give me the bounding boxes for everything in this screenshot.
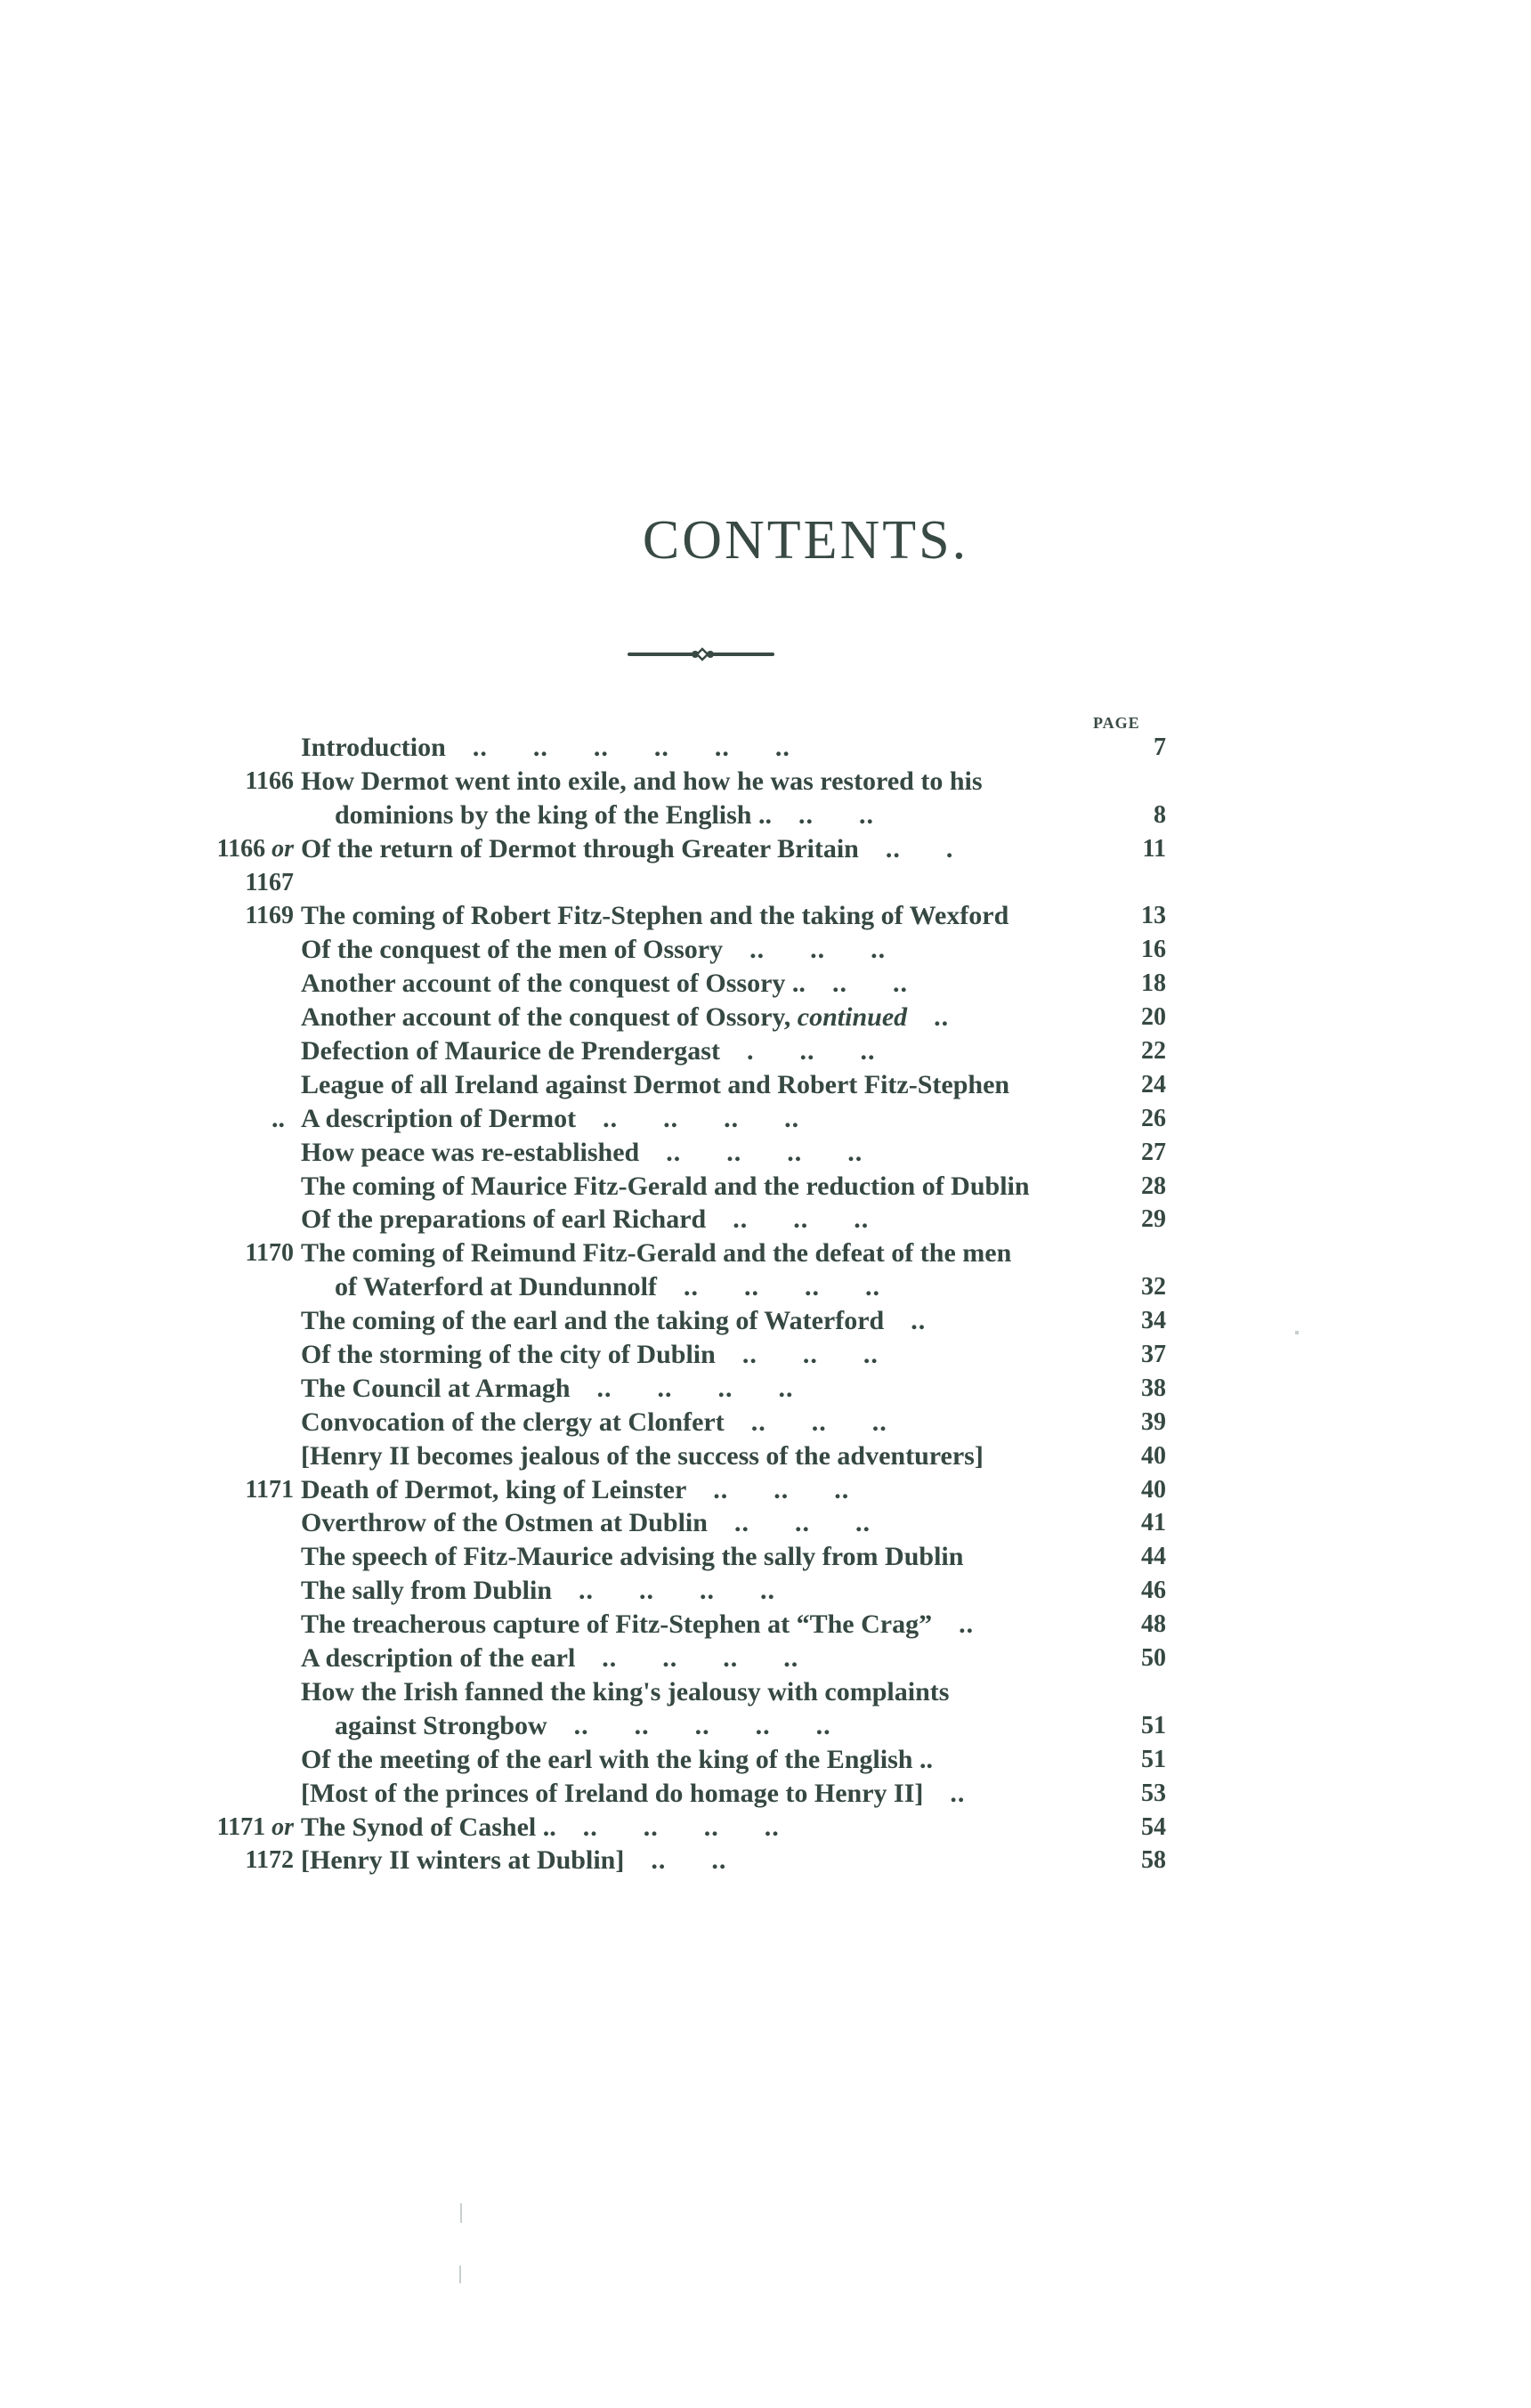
toc-entry: 1170The coming of Reimund Fitz-Gerald an… (160, 1236, 1166, 1270)
toc-entry-title: Of the storming of the city of Dublin ..… (301, 1338, 1191, 1372)
toc-entry: How the Irish fanned the king's jealousy… (160, 1675, 1166, 1709)
toc-entry-title: Introduction .. .. .. .. .. .. (301, 731, 1191, 765)
toc-entry: 1172[Henry II winters at Dublin] .. ..58 (160, 1844, 1166, 1877)
toc-entry: Convocation of the clergy at Clonfert ..… (160, 1406, 1166, 1439)
toc-page-number: 13 (1095, 899, 1166, 933)
toc-entry-title: Death of Dermot, king of Leinster .. .. … (301, 1473, 1191, 1507)
toc-year: 1166 or (160, 832, 294, 866)
toc-entry: 1167 (160, 866, 1166, 900)
dot-leader: .. .. .. .. (603, 1104, 799, 1133)
toc-entry-title: How the Irish fanned the king's jealousy… (301, 1675, 1191, 1709)
toc-entry-text: League of all Ireland against Dermot and… (301, 1070, 1009, 1099)
toc-entry-text: Of the preparations of earl Richard (301, 1204, 706, 1234)
toc-entry-text: of Waterford at Dundunnolf (335, 1272, 657, 1301)
dot-leader: .. (959, 1609, 974, 1639)
toc-entry-title: Overthrow of the Ostmen at Dublin .. .. … (301, 1506, 1191, 1540)
toc-entry: against Strongbow .. .. .. .. ..51 (160, 1709, 1166, 1743)
toc-page-number: 48 (1095, 1608, 1166, 1642)
toc-entry: The Council at Armagh .. .. .. ..38 (160, 1372, 1166, 1406)
toc-entry-title: The coming of Reimund Fitz-Gerald and th… (301, 1236, 1191, 1270)
toc-entry: [Most of the princes of Ireland do homag… (160, 1777, 1166, 1811)
dot-leader: .. .. .. (713, 1475, 849, 1504)
toc-entry-text: A description of Dermot (301, 1104, 576, 1133)
toc-page-number: 22 (1095, 1034, 1166, 1068)
toc-entry: Of the conquest of the men of Ossory .. … (160, 933, 1166, 967)
toc-entry-text: [Henry II becomes jealous of the success… (301, 1441, 984, 1471)
toc-entry-text: The coming of Maurice Fitz-Gerald and th… (301, 1172, 1030, 1201)
toc-year: 1169 (160, 899, 294, 933)
toc-entry-text: The sally from Dublin (301, 1576, 552, 1605)
toc-year: 1170 (160, 1236, 294, 1270)
toc-page-number: 46 (1095, 1574, 1166, 1608)
toc-entry-text: Of the conquest of the men of Ossory (301, 935, 723, 964)
toc-entry: Another account of the conquest of Ossor… (160, 967, 1166, 1001)
toc-page-number: 58 (1095, 1844, 1166, 1877)
toc-entry-title: Another account of the conquest of Ossor… (301, 1001, 1191, 1034)
dot-leader: .. .. .. (734, 1508, 871, 1537)
dot-leader: .. .. .. (749, 935, 886, 964)
toc-page-number: 24 (1095, 1068, 1166, 1102)
toc-page-number: 28 (1095, 1170, 1166, 1204)
toc-entry-text: Death of Dermot, king of Leinster (301, 1475, 686, 1504)
toc-entry: The speech of Fitz-Maurice advising the … (160, 1540, 1166, 1574)
toc-entry-text: The coming of the earl and the taking of… (301, 1306, 884, 1335)
dot-leader: .. (911, 1306, 926, 1335)
toc-entry: Introduction .. .. .. .. .. ..7 (160, 731, 1166, 765)
toc-entry-text: [Most of the princes of Ireland do homag… (301, 1779, 923, 1808)
toc-entry-title: The coming of the earl and the taking of… (301, 1304, 1191, 1338)
toc-page-number: 37 (1095, 1338, 1166, 1372)
toc-page-number: 18 (1095, 967, 1166, 1001)
toc-entry-title: Convocation of the clergy at Clonfert ..… (301, 1406, 1191, 1439)
toc-entry-text: The treacherous capture of Fitz-Stephen … (301, 1609, 932, 1639)
toc-entry-title: [Henry II becomes jealous of the success… (301, 1439, 1191, 1473)
toc-entry-title: Of the return of Dermot through Greater … (301, 832, 1191, 866)
toc-entry-text: Convocation of the clergy at Clonfert (301, 1407, 725, 1437)
toc-page-number: 34 (1095, 1304, 1166, 1338)
toc-year: 1172 (160, 1844, 294, 1877)
scan-mark (460, 2203, 462, 2223)
toc-entry-title: League of all Ireland against Dermot and… (301, 1068, 1191, 1102)
toc-year: 1167 (160, 866, 294, 900)
toc-page-number: 27 (1095, 1136, 1166, 1170)
toc-year-value: 1171 (217, 1813, 265, 1841)
toc-page-number: 26 (1095, 1102, 1166, 1136)
toc-entry-title: [Most of the princes of Ireland do homag… (301, 1777, 1191, 1811)
toc-entry-text: How the Irish fanned the king's jealousy… (301, 1677, 949, 1707)
toc-page-number: 40 (1095, 1473, 1166, 1507)
toc-entry: Defection of Maurice de Prendergast . ..… (160, 1034, 1166, 1068)
dot-leader: .. .. .. (733, 1204, 869, 1234)
dot-leader: . .. .. (747, 1036, 876, 1066)
toc-entry-text: The Synod of Cashel .. (301, 1812, 556, 1842)
toc-entry-title: Of the conquest of the men of Ossory .. … (301, 933, 1191, 967)
toc-entry-text: Defection of Maurice de Prendergast (301, 1036, 720, 1066)
toc-page-number: 40 (1095, 1439, 1166, 1473)
toc-entry-title: The coming of Robert Fitz-Stephen and th… (301, 899, 1191, 933)
toc-entry-text: Another account of the conquest of Ossor… (301, 969, 806, 998)
toc-entry: Another account of the conquest of Ossor… (160, 1001, 1166, 1034)
toc-entry-title: How Dermot went into exile, and how he w… (301, 765, 1191, 799)
toc-entry-title: Of the preparations of earl Richard .. .… (301, 1203, 1191, 1236)
toc-entry-text: How Dermot went into exile, and how he w… (301, 766, 983, 796)
toc-entry: League of all Ireland against Dermot and… (160, 1068, 1166, 1102)
toc-lead-dots: .. (160, 1102, 285, 1136)
toc-year-value: 1172 (246, 1846, 294, 1874)
toc-year: 1171 (160, 1473, 294, 1507)
toc-entry-title: against Strongbow .. .. .. .. .. (335, 1709, 1225, 1743)
toc-entry: A description of the earl .. .. .. ..50 (160, 1642, 1166, 1675)
toc-entry: 1171 orThe Synod of Cashel .. .. .. .. .… (160, 1811, 1166, 1845)
toc-entry-title: The coming of Maurice Fitz-Gerald and th… (301, 1170, 1191, 1204)
toc-page-number: 20 (1095, 1001, 1166, 1034)
page-title: CONTENTS. (0, 509, 1531, 572)
toc-entry: The sally from Dublin .. .. .. ..46 (160, 1574, 1166, 1608)
toc-entry-text: The coming of Robert Fitz-Stephen and th… (301, 901, 1009, 930)
dot-leader: .. .. .. .. .. .. (473, 733, 790, 762)
toc-entry-text: The Council at Armagh (301, 1374, 571, 1403)
dot-leader: .. .. .. .. (597, 1374, 794, 1403)
toc-entry-title: A description of the earl .. .. .. .. (301, 1642, 1191, 1675)
toc-year-value: 1167 (246, 869, 294, 896)
toc-entry: ..A description of Dermot .. .. .. ..26 (160, 1102, 1166, 1136)
toc-year: 1166 (160, 765, 294, 799)
toc-entry-text: Of the storming of the city of Dublin (301, 1340, 716, 1369)
toc-entry: Of the meeting of the earl with the king… (160, 1743, 1166, 1777)
scan-mark (1295, 1331, 1299, 1334)
dot-leader: .. .. .. (742, 1340, 879, 1369)
dot-leader: .. .. .. .. (579, 1576, 775, 1605)
toc-page-number: 39 (1095, 1406, 1166, 1439)
toc-entry: [Henry II becomes jealous of the success… (160, 1439, 1166, 1473)
dot-leader: .. (950, 1779, 965, 1808)
toc-year-suffix: or (271, 1813, 294, 1841)
toc-entry: How peace was re-established .. .. .. ..… (160, 1136, 1166, 1170)
toc-entry-text: The speech of Fitz-Maurice advising the … (301, 1542, 963, 1571)
toc-page-number: 50 (1095, 1642, 1166, 1675)
toc-entry-title: The treacherous capture of Fitz-Stephen … (301, 1608, 1191, 1642)
toc-page-number: 8 (1095, 799, 1166, 832)
toc-entry-text: Of the return of Dermot through Greater … (301, 834, 859, 863)
toc-page-number: 38 (1095, 1372, 1166, 1406)
toc-year: 1171 or (160, 1811, 294, 1845)
toc-year-suffix: or (271, 835, 294, 863)
toc-entry: The coming of Maurice Fitz-Gerald and th… (160, 1170, 1166, 1204)
dot-leader: .. .. (651, 1845, 726, 1875)
toc-entry-title: How peace was re-established .. .. .. .. (301, 1136, 1191, 1170)
dot-leader: .. .. (832, 969, 908, 998)
toc-entry: 1171Death of Dermot, king of Leinster ..… (160, 1473, 1166, 1507)
dot-leader: .. . (886, 834, 954, 863)
toc-page-number: 16 (1095, 933, 1166, 967)
dot-leader: .. .. .. .. (602, 1643, 798, 1673)
toc-entry-title: The sally from Dublin .. .. .. .. (301, 1574, 1191, 1608)
dot-leader: .. .. .. .. (583, 1812, 780, 1842)
dot-leader: .. .. .. .. (684, 1272, 880, 1301)
toc-entry-title: Defection of Maurice de Prendergast . ..… (301, 1034, 1191, 1068)
toc-entry: Of the storming of the city of Dublin ..… (160, 1338, 1166, 1372)
toc-entry: The coming of the earl and the taking of… (160, 1304, 1166, 1338)
page-column-header: PAGE (1093, 714, 1140, 733)
toc-entry-text: dominions by the king of the English .. (335, 800, 772, 830)
ornament-rule-icon (628, 647, 774, 661)
toc-entry-title: Another account of the conquest of Ossor… (301, 967, 1191, 1001)
toc-entry-text: against Strongbow (335, 1711, 547, 1740)
toc-page-number: 29 (1095, 1203, 1166, 1236)
toc-entry-text: The coming of Reimund Fitz-Gerald and th… (301, 1238, 1011, 1268)
dot-leader: .. .. (798, 800, 874, 830)
scan-mark (459, 2266, 461, 2283)
toc-entry-text: [Henry II winters at Dublin] (301, 1845, 624, 1875)
toc-entry: of Waterford at Dundunnolf .. .. .. ..32 (160, 1270, 1166, 1304)
table-of-contents: Introduction .. .. .. .. .. ..71166How D… (160, 731, 1166, 1877)
toc-year-value: 1170 (246, 1239, 294, 1267)
toc-year-value: 1171 (246, 1476, 294, 1504)
toc-entry-text: Another account of the conquest of Ossor… (301, 1002, 798, 1032)
dot-leader: .. .. .. .. .. (574, 1711, 831, 1740)
toc-entry: 1169The coming of Robert Fitz-Stephen an… (160, 899, 1166, 933)
toc-page-number: 11 (1095, 832, 1166, 866)
toc-entry-title: The Council at Armagh .. .. .. .. (301, 1372, 1191, 1406)
toc-year-value: 1169 (246, 902, 294, 929)
toc-entry: 1166How Dermot went into exile, and how … (160, 765, 1166, 799)
toc-entry: The treacherous capture of Fitz-Stephen … (160, 1608, 1166, 1642)
toc-entry-text: Of the meeting of the earl with the king… (301, 1745, 933, 1774)
toc-page-number: 53 (1095, 1777, 1166, 1811)
toc-page-number: 44 (1095, 1540, 1166, 1574)
toc-entry: Of the preparations of earl Richard .. .… (160, 1203, 1166, 1236)
toc-entry-italic: continued (798, 1002, 907, 1032)
toc-entry-title: The Synod of Cashel .. .. .. .. .. (301, 1811, 1191, 1845)
toc-page-number: 51 (1095, 1743, 1166, 1777)
toc-page-number: 41 (1095, 1506, 1166, 1540)
toc-entry-title: Of the meeting of the earl with the king… (301, 1743, 1191, 1777)
toc-page-number: 32 (1095, 1270, 1166, 1304)
toc-entry-title: [Henry II winters at Dublin] .. .. (301, 1844, 1191, 1877)
toc-entry: dominions by the king of the English .. … (160, 799, 1166, 832)
toc-page-number: 51 (1095, 1709, 1166, 1743)
toc-entry-text: How peace was re-established (301, 1138, 639, 1167)
dot-leader: .. .. .. (751, 1407, 887, 1437)
toc-entry-text: Overthrow of the Ostmen at Dublin (301, 1508, 708, 1537)
toc-entry-title: of Waterford at Dundunnolf .. .. .. .. (335, 1270, 1225, 1304)
toc-year-value: 1166 (246, 767, 294, 795)
dot-leader: .. .. .. .. (666, 1138, 863, 1167)
toc-entry-title: A description of Dermot .. .. .. .. (301, 1102, 1191, 1136)
toc-entry-title: The speech of Fitz-Maurice advising the … (301, 1540, 1191, 1574)
dot-leader: .. (934, 1002, 949, 1032)
toc-page-number: 54 (1095, 1811, 1166, 1845)
toc-year-value: 1166 (217, 835, 265, 863)
toc-entry: 1166 orOf the return of Dermot through G… (160, 832, 1166, 866)
toc-page-number: 7 (1095, 731, 1166, 765)
toc-entry-text: Introduction (301, 733, 446, 762)
toc-entry-text: A description of the earl (301, 1643, 575, 1673)
toc-entry: Overthrow of the Ostmen at Dublin .. .. … (160, 1506, 1166, 1540)
toc-entry-title: dominions by the king of the English .. … (335, 799, 1225, 832)
